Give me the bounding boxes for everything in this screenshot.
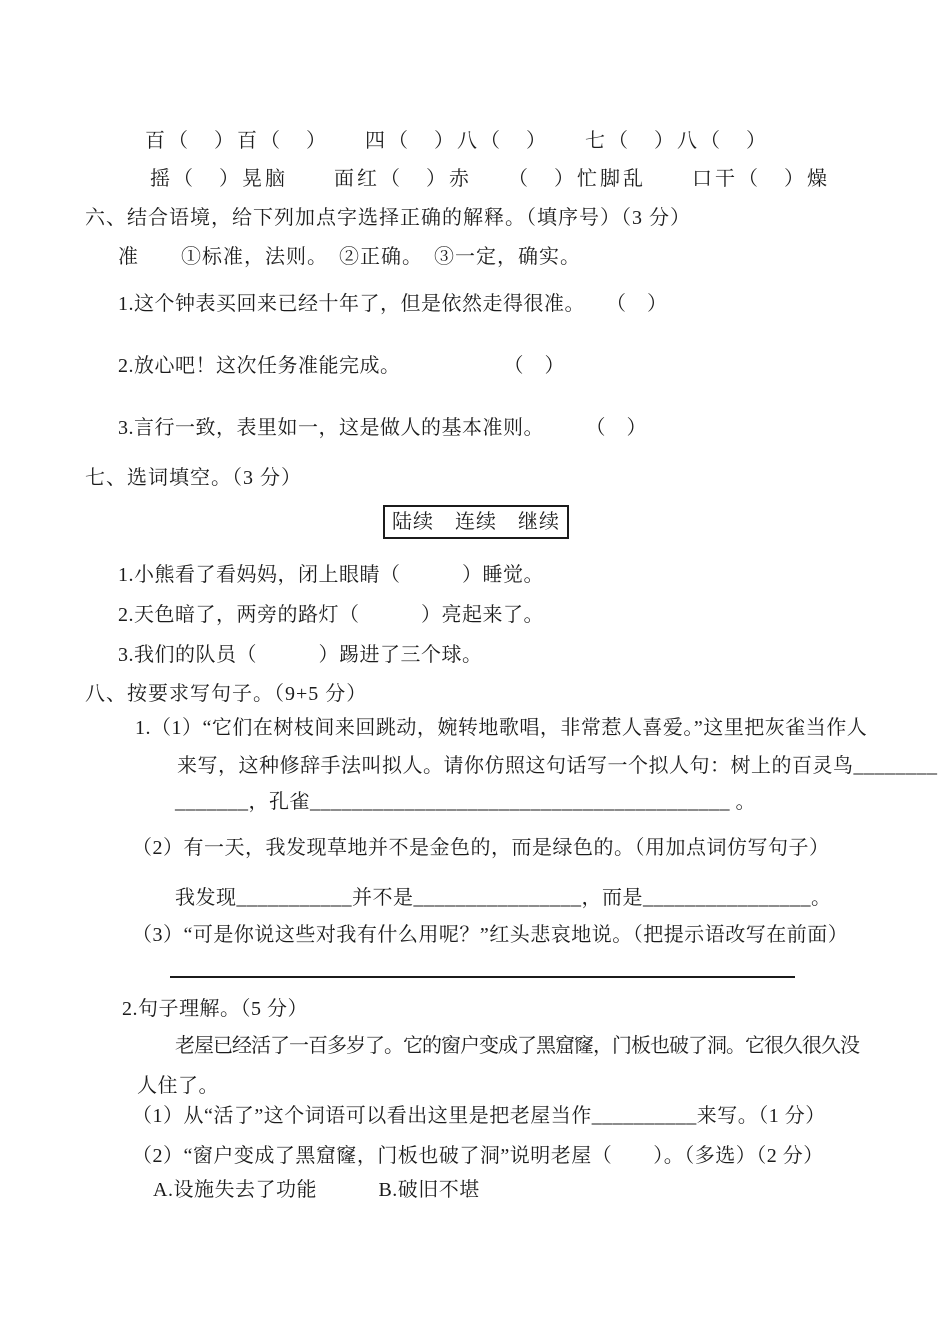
section-eight-q1-sub3-line1: （3）“可是你说这些对我有什么用呢？”红头悲哀地说。（把提示语改写在前面） (132, 921, 848, 949)
answer-line (170, 976, 795, 978)
section-eight-q2-passage-line2: 人住了。 (137, 1072, 219, 1100)
word-bank-box: 陆续 连续 继续 (383, 505, 569, 539)
section-seven-item-3: 3.我们的队员（ ）踢进了三个球。 (118, 641, 483, 669)
section-eight-q2-heading: 2.句子理解。（5 分） (122, 995, 308, 1023)
section-eight-q1-sub2-fill-line: 我发现___________并不是________________，而是____… (175, 884, 832, 912)
section-eight-q1-sub2-line1: （2）有一天，我发现草地并不是金色的，而是绿色的。（用加点词仿写句子） (132, 834, 830, 862)
section-six-item-2: 2.放心吧！这次任务准能完成。 （ ） (118, 352, 565, 380)
section-six-item-1: 1.这个钟表买回来已经十年了，但是依然走得很准。 （ ） (118, 290, 668, 318)
section-eight-q2-passage-line1: 老屋已经活了一百多岁了。它的窗户变成了黑窟窿，门板也破了洞。它很久很久没 (175, 1032, 859, 1060)
section-six-title: 六、结合语境，给下列加点字选择正确的解释。（填序号）（3 分） (85, 204, 691, 232)
idiom-fill-line-1: 百（ ）百（ ） 四（ ）八（ ） 七（ ）八（ ） (145, 127, 769, 155)
section-eight-q1-sub1-line2: 来写，这种修辞手法叫拟人。请你仿照这句话写一个拟人句：树上的百灵鸟_______… (177, 752, 938, 780)
section-six-item-3: 3.言行一致，表里如一，这是做人的基本准则。 （ ） (118, 414, 647, 442)
section-seven-item-2: 2.天色暗了，两旁的路灯（ ）亮起来了。 (118, 601, 544, 629)
exam-paper-page: 百（ ）百（ ） 四（ ）八（ ） 七（ ）八（ ） 摇（ ）晃脑 面红（ ）赤… (0, 0, 950, 1344)
section-eight-q2-sub2: （2）“窗户变成了黑窟窿，门板也破了洞”说明老屋（ ）。（多选）（2 分） (132, 1142, 824, 1170)
section-eight-q1-sub1-line3: _______，孔雀______________________________… (175, 788, 756, 816)
section-eight-q2-options: A.设施失去了功能 B.破旧不堪 (153, 1176, 480, 1204)
section-eight-q1-sub1-line1: 1.（1）“它们在树枝间来回跳动，婉转地歌唱，非常惹人喜爱。”这里把灰雀当作人 (135, 714, 867, 742)
section-seven-title: 七、选词填空。（3 分） (85, 464, 302, 492)
section-six-word-definitions: 准 ①标准，法则。 ②正确。 ③一定，确实。 (118, 243, 581, 271)
idiom-fill-line-2: 摇（ ）晃脑 面红（ ）赤 （ ）忙脚乱 口干（ ）燥 (150, 165, 830, 193)
section-eight-q2-sub1: （1）从“活了”这个词语可以看出这里是把老屋当作__________来写。（1 … (132, 1102, 826, 1130)
section-eight-title: 八、按要求写句子。（9+5 分） (85, 680, 367, 708)
section-seven-item-1: 1.小熊看了看妈妈，闭上眼睛（ ）睡觉。 (118, 561, 544, 589)
